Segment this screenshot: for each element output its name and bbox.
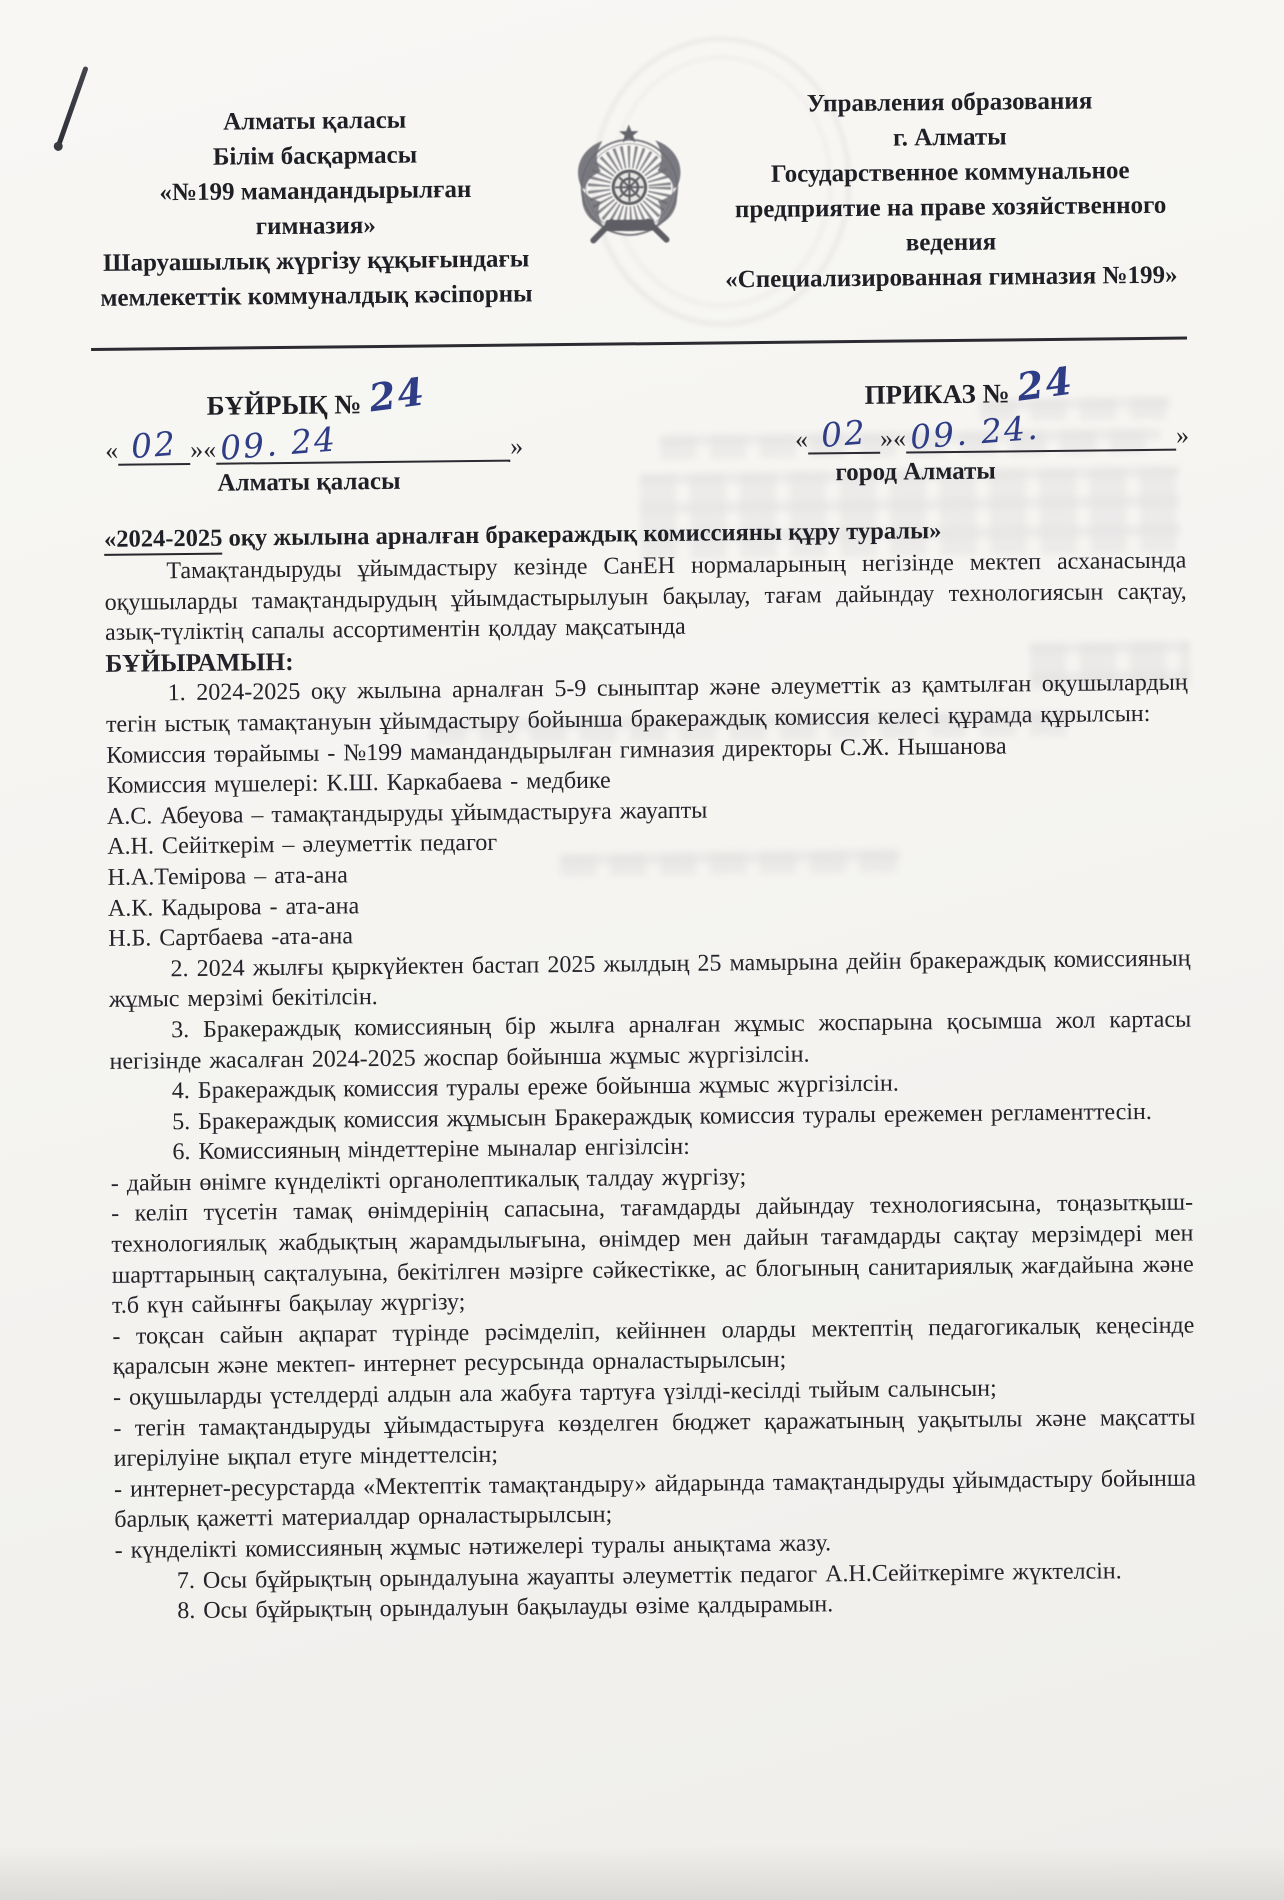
kazakhstan-coat-of-arms-icon <box>558 122 701 265</box>
scanned-order-document: Алматы қаласы Білім басқармасы «№199 мам… <box>0 0 1284 1900</box>
org-name-line: Шаруашылық жүргізу құқығындағы <box>90 241 542 281</box>
order-block-kazakh: БҰЙРЫҚ №24 «02»«09. 24» Алматы қаласы <box>104 375 595 499</box>
order-number-handwritten: 24 <box>366 368 428 420</box>
org-name-kazakh: Алматы қаласы Білім басқармасы «№199 мам… <box>89 101 543 316</box>
org-name-line: «Специализированная гимназия №199» <box>718 258 1184 298</box>
order-item-2: 2. 2024 жылғы қыркүйектен бастап 2025 жы… <box>108 943 1191 1016</box>
order-label-text: БҰЙРЫҚ № <box>207 389 362 421</box>
duty-item: - тегін тамақтандыруды ұйымдастыруға көз… <box>113 1402 1196 1475</box>
org-name-line: Алматы қаласы <box>89 101 541 141</box>
date-month-year-handwritten: 09. 24 <box>219 422 338 465</box>
intro-paragraph: Тамақтандыруды ұйымдастыру кезінде СанЕН… <box>104 546 1187 649</box>
org-name-line: ведения <box>718 223 1184 263</box>
order-title-underlined: «2024-2025 <box>104 525 223 556</box>
order-label: ПРИКАЗ №24 <box>794 364 1224 414</box>
org-name-line: г. Алматы <box>717 118 1183 158</box>
date-day-field: 02 <box>118 428 190 466</box>
date-day-field: 02 <box>808 417 880 455</box>
order-date-line: «02»«09. 24.» <box>795 413 1225 455</box>
org-name-line: гимназия» <box>90 206 542 246</box>
org-name-line: «№199 мамандандырылған <box>89 171 541 211</box>
order-item-3: 3. Бракераждық комиссияның бір жылға арн… <box>109 1004 1192 1077</box>
order-city: Алматы қаласы <box>105 466 595 499</box>
guillemet: » <box>880 424 893 453</box>
guillemet: « <box>893 423 906 452</box>
guillemet: » <box>190 435 203 464</box>
duty-item: - интернет-ресурстарда «Мектептік тамақт… <box>114 1463 1197 1536</box>
order-body: Тамақтандыруды ұйымдастыру кезінде СанЕН… <box>104 546 1197 1628</box>
date-day-handwritten: 02 <box>130 427 179 465</box>
date-month-year-field: 09. 24. <box>906 414 1176 454</box>
org-name-line: предприятие на праве хозяйственного <box>717 188 1183 228</box>
org-name-line: мемлекеттік коммуналдық кәсіпорны <box>90 276 542 316</box>
org-name-line: Государственное коммунальное <box>717 153 1183 193</box>
header-divider <box>91 337 1187 351</box>
order-city: город Алматы <box>795 455 1225 488</box>
duty-item: - тоқсан сайын ақпарат түрінде рәсімделі… <box>112 1310 1195 1383</box>
order-number-handwritten: 24 <box>1014 357 1076 409</box>
org-name-line: Управления образования <box>716 83 1182 123</box>
date-month-year-handwritten: 09. 24. <box>909 411 1041 455</box>
letterhead-emblem-area <box>540 85 718 311</box>
guillemet: « <box>203 435 216 464</box>
order-item-1: 1. 2024-2025 оқу жылына арналған 5-9 сын… <box>106 668 1189 741</box>
order-date-line: «02»«09. 24» <box>105 424 595 466</box>
date-month-year-field: 09. 24 <box>216 425 510 465</box>
letterhead: Алматы қаласы Білім басқармасы «№199 мам… <box>88 81 1184 316</box>
order-block-russian: ПРИКАЗ №24 «02»«09. 24.» город Алматы <box>794 364 1225 487</box>
order-title-rest: оқу жылына арналған бракераждық комиссия… <box>222 517 941 552</box>
date-day-handwritten: 02 <box>820 415 869 453</box>
guillemet: » <box>1176 421 1189 450</box>
order-label: БҰЙРЫҚ №24 <box>104 375 594 425</box>
org-name-russian: Управления образования г. Алматы Государ… <box>716 83 1184 310</box>
document-content: Алматы қаласы Білім басқармасы «№199 мам… <box>0 0 1284 1900</box>
guillemet: « <box>105 436 118 465</box>
pen-stroke-mark <box>55 66 88 149</box>
duty-item: - келіп түсетін тамақ өнімдерінің сапасы… <box>111 1188 1194 1322</box>
guillemet: » <box>510 431 523 460</box>
order-label-text: ПРИКАЗ № <box>864 378 1009 410</box>
org-name-line: Білім басқармасы <box>89 136 541 176</box>
guillemet: « <box>795 425 808 454</box>
